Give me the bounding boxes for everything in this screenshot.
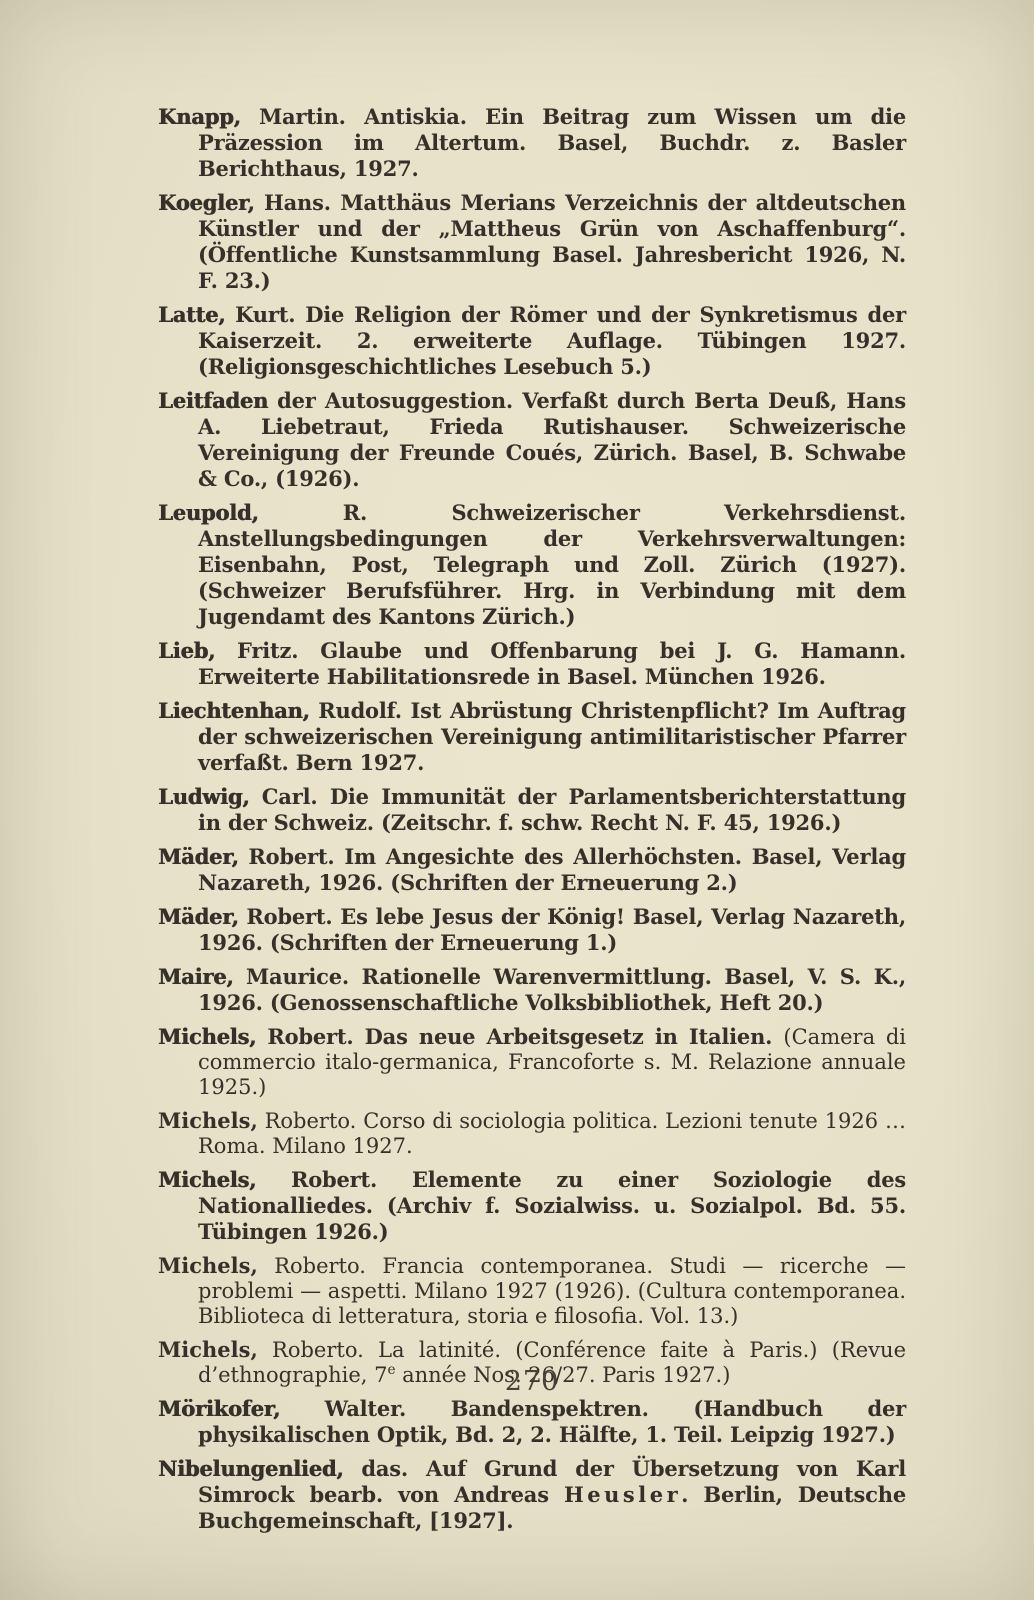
bibliography-entry: Leitfaden der Autosuggestion. Verfaßt du… [158,388,906,492]
entry-text-segment: Fritz. Glaube und Offenbarung bei J. G. … [198,638,906,689]
bibliography-entry: Maire, Maurice. Rationelle Warenvermittl… [158,964,906,1016]
bibliography-entry: Latte, Kurt. Die Religion der Römer und … [158,302,906,380]
entry-text-segment: Roberto. Corso di sociologia politica. L… [198,1109,906,1158]
bibliography-entry: Koegler, Hans. Matthäus Merians Verzeich… [158,190,906,294]
entry-author: Lieb, [158,638,215,663]
page-number: 270 [158,1366,906,1397]
entry-author: Nibelungenlied, [158,1456,343,1481]
bibliography-entry: Mörikofer, Walter. Bandenspektren. (Hand… [158,1396,906,1448]
entry-author: Liechtenhan, [158,698,310,723]
bibliography-entry: Knapp, Martin. Antiskia. Ein Beitrag zum… [158,104,906,182]
entry-author: Michels, [158,1337,258,1362]
entry-text-segment: Robert. Im Angesichte des Allerhöchsten.… [198,844,906,895]
entry-text-segment: Maurice. Rationelle Warenvermittlung. Ba… [198,964,906,1015]
entry-text-segment: Heusler [564,1482,681,1507]
entry-text-segment: Robert. Das neue Arbeitsgesetz in Italie… [256,1024,783,1049]
entry-author: Latte, [158,302,225,327]
entry-text-segment: Roberto. Francia contemporanea. Studi — … [198,1254,906,1328]
entry-text-segment: der Autosuggestion. Verfaßt durch Berta … [198,388,906,491]
entry-text-segment: Carl. Die Immunität der Parlamentsberich… [198,784,906,835]
entry-author: Mörikofer, [158,1396,280,1421]
bibliography-entry: Michels, Roberto. Francia contemporanea.… [158,1253,906,1329]
entry-text-segment: Hans. Matthäus Merians Verzeichnis der a… [198,190,906,293]
entry-text-segment: R. Schweizerischer Verkehrsdienst. Anste… [198,500,906,629]
bibliography-list: Knapp, Martin. Antiskia. Ein Beitrag zum… [158,104,906,1542]
entry-text-segment: Martin. Antiskia. Ein Beitrag zum Wissen… [198,104,906,181]
bibliography-entry: Mäder, Robert. Es lebe Jesus der König! … [158,904,906,956]
entry-author: Knapp, [158,104,241,129]
bibliography-entry: Michels, Robert. Elemente zu einer Sozio… [158,1167,906,1245]
entry-author: Ludwig, [158,784,249,809]
entry-text-segment: Walter. Bandenspektren. (Handbuch der ph… [198,1396,906,1447]
bibliography-entry: Liechtenhan, Rudolf. Ist Abrüstung Chris… [158,698,906,776]
entry-author: Koegler, [158,190,254,215]
entry-author: Leupold, [158,500,258,525]
bibliography-entry: Lieb, Fritz. Glaube und Offenbarung bei … [158,638,906,690]
entry-author: Mäder, [158,844,239,869]
scanned-book-page: Knapp, Martin. Antiskia. Ein Beitrag zum… [0,0,1034,1600]
entry-author: Mäder, [158,904,239,929]
bibliography-entry: Leupold, R. Schweizerischer Verkehrsdien… [158,500,906,630]
bibliography-entry: Ludwig, Carl. Die Immunität der Parlamen… [158,784,906,836]
bibliography-entry: Mäder, Robert. Im Angesichte des Allerhö… [158,844,906,896]
bibliography-entry: Michels, Robert. Das neue Arbeitsgesetz … [158,1024,906,1100]
entry-author: Michels, [158,1253,258,1278]
entry-author: Michels, [158,1108,258,1133]
entry-author: Leitfaden [158,388,268,413]
entry-author: Maire, [158,964,233,989]
bibliography-entry: Nibelungenlied, das. Auf Grund der Übers… [158,1456,906,1534]
entry-author: Michels, [158,1167,256,1192]
bibliography-entry: Michels, Roberto. Corso di sociologia po… [158,1108,906,1159]
entry-text-segment: Kurt. Die Religion der Römer und der Syn… [198,302,906,379]
entry-author: Michels, [158,1024,256,1049]
entry-text-segment: Robert. Es lebe Jesus der König! Basel, … [198,904,906,955]
entry-text-segment: Robert. Elemente zu einer Soziologie des… [198,1167,906,1244]
